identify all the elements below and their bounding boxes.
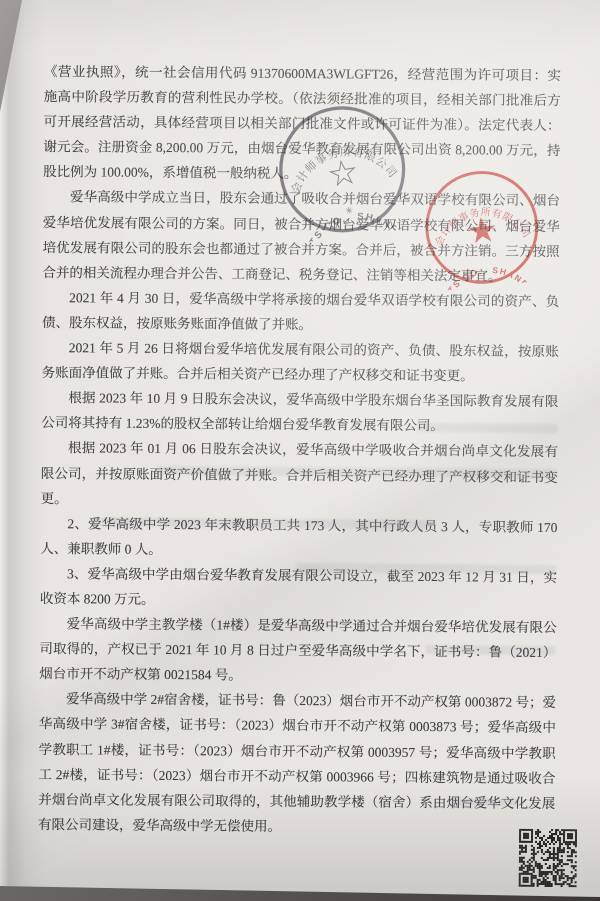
qr-code	[519, 829, 577, 887]
stamp-bottom-mark: ✳	[345, 205, 355, 216]
paragraph: 2021 年 5 月 26 日将烟台爱华培优发展有限公司的资产、负债、股东权益，…	[42, 335, 559, 389]
stamp-inner-text: 会计师事务所有限公司	[282, 136, 401, 197]
svg-text:会计师事务所有限公司: 会计师事务所有限公司	[282, 136, 401, 197]
paragraph: 爱华高级中学 2#宿舍楼，证书号：鲁（2023）烟台市开不动产权第 000387…	[38, 686, 556, 841]
document-page: 《营业执照》，统一社会信用代码 91370600MA3WLGFT26，经营范围为…	[0, 0, 600, 901]
bleedthrough-mark	[425, 645, 555, 655]
bleedthrough-mark	[417, 423, 557, 433]
photo-background: { "document": { "paragraphs": [ {"indent…	[0, 0, 600, 901]
bleedthrough-mark	[449, 798, 519, 806]
cpa-stamp-dark: SHANDONG CERTIFIED PUBLIC ACCOUNTANTS CO…	[266, 93, 418, 245]
star-icon	[329, 159, 356, 185]
page-content: 《营业执照》，统一社会信用代码 91370600MA3WLGFT26，经营范围为…	[0, 0, 600, 901]
cpa-stamp-red: SHANDONG CERTIFIED PUBLIC ACCOUNTANTS CO…	[417, 163, 546, 292]
paragraph: 2021 年 4 月 30 日，爱华高级中学将承接的烟台爱华双语学校有限公司的资…	[42, 285, 559, 339]
